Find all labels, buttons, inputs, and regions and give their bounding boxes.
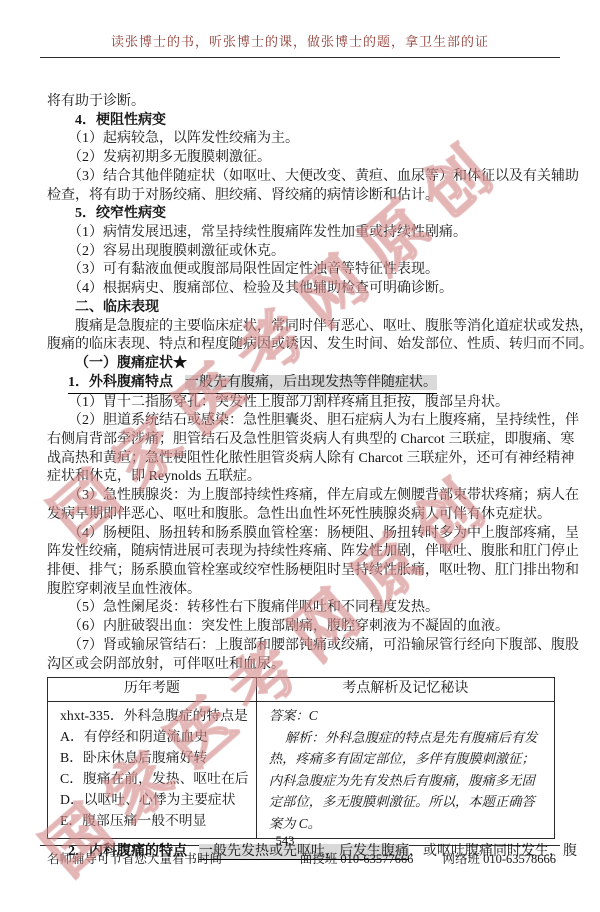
answer-line: 答案：C (269, 705, 546, 727)
body-line: （2）胆道系统结石或感染：急性胆囊炎、胆石症病人为右上腹疼痛，呈持续性，伴 (47, 412, 555, 431)
body-line: （3）可有黏液血便或腹部局限性固定性浊音等特征性表现。 (47, 261, 555, 280)
answer-analysis: 解析：外科急腹症的特点是先有腹痛后有发热，疼痛多有固定部位，多伴有腹膜刺激征；内… (269, 727, 546, 835)
header-divider (40, 57, 560, 58)
exam-table-header-questions: 历年考题 (48, 678, 257, 702)
question-option: C．腹痛在前，发热、呕吐在后 (60, 768, 248, 789)
answer-cell: 答案：C 解析：外科急腹症的特点是先有腹痛后有发热，疼痛多有固定部位，多伴有腹膜… (256, 702, 554, 839)
body-line: （6）内脏破裂出血：突发性上腹部剧痛，腹腔穿刺液为不凝固的血液。 (47, 618, 555, 637)
body-line: 排便、排气；肠系膜血管栓塞或绞窄性肠梗阻时呈持续性胀痛，呕吐物、肛门排出物和 (47, 562, 555, 581)
section-heading: 5．绞窄性病变 (47, 205, 555, 224)
question-option: E．腹部压痛一般不明显 (60, 810, 248, 831)
section-heading: 二、临床表现 (47, 299, 555, 318)
body-line: （3）结合其他伴随症状（如呕吐、大便改变、黄疸、血尿等）和体征以及有关辅助 (47, 168, 555, 187)
footer-left-text: 名师辅导可节省您大量看书时间 (47, 849, 222, 867)
header-slogan: 读张博士的书，听张博士的课，做张博士的题，拿卫生部的证 (0, 31, 600, 50)
exam-table-header-analysis: 考点解析及记忆秘诀 (256, 678, 554, 702)
key-point-highlight: 一般先有腹痛，后出现发热等伴随症状。 (185, 375, 437, 390)
question-stem: xhxt-335．外科急腹症的特点是 (60, 705, 248, 726)
footer-phone-online: 网络班 010-63578666 (442, 852, 556, 866)
body-line: 腹痛是急腹症的主要临床症状，常同时伴有恶心、呕吐、腹胀等消化道症状或发热， (47, 318, 555, 337)
footer-phone-onsite: 面授班 010-63577666 (300, 852, 414, 866)
body-line: 腹腔穿刺液呈血性液体。 (47, 581, 555, 600)
key-point-surgical: 1．外科腹痛特点一般先有腹痛，后出现发热等伴随症状。 (47, 374, 555, 394)
question-option: B．卧床休息后腹痛好转 (60, 747, 248, 768)
exam-table-body-row: xhxt-335．外科急腹症的特点是 A．有停经和阴道流血史 B．卧床休息后腹痛… (48, 702, 555, 839)
key-point-label: 1．外科腹痛特点 (68, 375, 173, 390)
body-line: （4）根据病史、腹痛部位、检验及其他辅助检查可明确诊断。 (47, 280, 555, 299)
question-option: A．有停经和阴道流血史 (60, 726, 248, 747)
exam-table: 历年考题 考点解析及记忆秘诀 xhxt-335．外科急腹症的特点是 A．有停经和… (47, 677, 555, 839)
question-cell: xhxt-335．外科急腹症的特点是 A．有停经和阴道流血史 B．卧床休息后腹痛… (48, 702, 257, 839)
footer-contacts: 面授班 010-63577666 网络班 010-63578666 (300, 849, 556, 867)
body-line: （1）胃十二指肠穿孔：突发性上腹部刀割样疼痛且拒按，腹部呈舟状。 (47, 394, 555, 413)
section-heading: 4．梗阻性病变 (47, 112, 555, 131)
body-line: （1）病情发展迅速，常呈持续性腹痛阵发性加重或持续性剧痛。 (47, 224, 555, 243)
body-line: 右侧肩背部牵涉痛；胆管结石及急性胆管炎病人有典型的 Charcot 三联症，即腹… (47, 431, 555, 450)
page-number: 543 (255, 834, 315, 849)
body-line: （3）急性胰腺炎：为上腹部持续性疼痛，伴左肩或左侧腰背部束带状疼痛；病人在 (47, 487, 555, 506)
body-line: 检查，将有助于对肠绞痛、胆绞痛、肾绞痛的病情诊断和估计。 (47, 187, 555, 206)
document-page: 国家医考网原创 国家医考网原创 读张博士的书，听张博士的课，做张博士的题，拿卫生… (0, 0, 600, 912)
body-line: （2）容易出现腹膜刺激征或休克。 (47, 243, 555, 262)
footer: 名师辅导可节省您大量看书时间 面授班 010-63577666 网络班 010-… (47, 849, 556, 867)
body-line: （7）肾或输尿管结石：上腹部和腰部钝痛或绞痛，可沿输尿管行经向下腹部、腹股 (47, 637, 555, 656)
body-line: 沟区或会阴部放射，可伴呕吐和血尿。 (47, 656, 555, 675)
document-body: 将有助于诊断。 4．梗阻性病变 （1）起病较急，以阵发性绞痛为主。 （2）发病初… (47, 93, 555, 862)
body-line: （5）急性阑尾炎：转移性右下腹痛伴呕吐和不同程度发热。 (47, 599, 555, 618)
section-heading: （一）腹痛症状★ (47, 355, 555, 374)
question-option: D．以呕吐、心悸为主要症状 (60, 789, 248, 810)
body-line: 腹痛的临床表现、特点和程度随病因或诱因、发生时间、始发部位、性质、转归而不同。 (47, 336, 555, 355)
body-line: 将有助于诊断。 (47, 93, 555, 112)
body-line: （2）发病初期多无腹膜刺激征。 (47, 149, 555, 168)
body-line: 阵发性绞痛，随病情进展可表现为持续性疼痛、阵发性加剧，伴呕吐、腹胀和肛门停止 (47, 543, 555, 562)
exam-table-header-row: 历年考题 考点解析及记忆秘诀 (48, 678, 555, 702)
body-line: （4）肠梗阻、肠扭转和肠系膜血管栓塞：肠梗阻、肠扭转时多为中上腹部疼痛，呈 (47, 525, 555, 544)
body-line: 战高热和黄疸；急性梗阻性化脓性胆管炎病人除有 Charcot 三联症外，还可有神… (47, 450, 555, 469)
body-line: 症状和休克，即 Reynolds 五联症。 (47, 468, 555, 487)
body-line: 发病早期即伴恶心、呕吐和腹胀。急性出血性坏死性胰腺炎病人可伴有休克症状。 (47, 506, 555, 525)
body-line: （1）起病较急，以阵发性绞痛为主。 (47, 130, 555, 149)
